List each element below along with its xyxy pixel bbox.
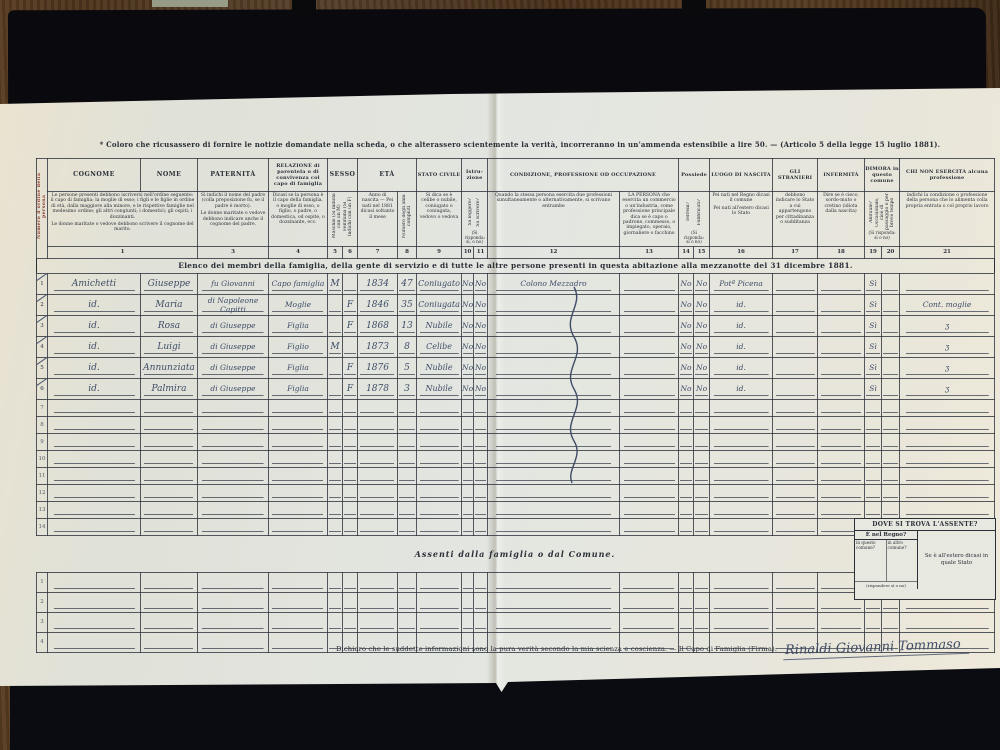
row-number: 12 (37, 484, 48, 501)
empty-row: 3 (37, 612, 995, 632)
declaration-text: Dichiaro che le suddette informazioni so… (336, 645, 777, 653)
entry-nascita: Potª Picena (710, 273, 773, 294)
entry-cognome: Amichetti (48, 273, 141, 294)
desc-relazione: Dicasi se la persona è il capo della fam… (269, 192, 328, 247)
row-number: 3 (37, 612, 48, 632)
desc-condizione-13: LA PERSONA che esercita un commercio o u… (620, 192, 679, 247)
person-row: 5id.Annunziatadi GiuseppeFigliaF18765Nub… (37, 357, 995, 378)
photo-of-census-sheet: * Coloro che ricusassero di fornire le n… (0, 0, 1000, 750)
header-person-number: Numero d'ordine della persona (37, 159, 48, 259)
row-number: 2 (37, 592, 48, 612)
desc-anno-nascita: Anno di nascita — Pei nati nel 1881 dica… (358, 192, 398, 247)
desc-luogo-nascita: Pei nati nel Regno dicasi il comune Pei … (710, 192, 773, 247)
desc-anni-compiuti: Numero degli anni compiuti (398, 192, 417, 247)
table-edge-sliver (152, 0, 228, 7)
header-luogo-nascita: LUOGO DI NASCITA (710, 159, 773, 192)
label-maschio: Maschio (Si indichi con un M) (332, 193, 342, 239)
entry-relazione: Capo famiglia (269, 273, 328, 294)
header-dimora: DIMORA in questo comune (865, 159, 900, 192)
head-of-family-signature: Rinaldi Giovanni Tommaso (783, 637, 969, 660)
header-stranieri: GLI STRANIERI (773, 159, 818, 192)
header-sesso: SESSO (328, 159, 358, 192)
header-paternita: PATERNITÀ (198, 159, 269, 192)
header-number-row: 1 3 4 5 6 7 8 9 10 11 12 13 14 15 (37, 246, 995, 258)
assenti-title: Assenti dalla famiglia o dal Comune. (415, 549, 616, 559)
header-possiede: Possiede (679, 159, 710, 192)
empty-row: 8 (37, 416, 995, 433)
assenti-band: Assenti dalla famiglia o dal Comune. (36, 536, 994, 572)
desc-dimora: Abituale? Occasionale, cioè di passaggio… (865, 192, 900, 247)
desc-stranieri: debbono indicare lo Stato a cui apparten… (773, 192, 818, 247)
desc-chi-non-esercita: indichi la condizione o professione dell… (900, 192, 995, 247)
family-members-rows: 1AmichettiGiuseppefu GiovanniCapo famigl… (37, 273, 995, 535)
header-infermita: INFERMITÀ (818, 159, 865, 192)
entry-professione: Colono Mezzadro (488, 273, 620, 294)
empty-row: 14 (37, 518, 995, 535)
row-number: 7 (37, 399, 48, 416)
entry-paternita: fu Giovanni (198, 273, 269, 294)
header-stato-civile: STATO CIVILE (417, 159, 462, 192)
desc-istruzione: Sa leggere? Sa scrivere? (Si risponda: s… (462, 192, 488, 247)
label-sa-leggere: Sa leggere? (468, 198, 473, 226)
declaration-line: Dichiaro che le suddette informazioni so… (336, 640, 996, 657)
census-table-area: Numero d'ordine della persona COGNOME NO… (36, 158, 994, 653)
row-number: 1 (37, 572, 48, 592)
desc-cognome-nome: Le persone presenti debbono iscriversi n… (48, 192, 198, 247)
desc-possiede: Terreni? Fabbricati? (Si risponda: sì o … (679, 192, 710, 247)
header-desc-row: Le persone presenti debbono iscriversi n… (37, 192, 995, 247)
header-chi-non-esercita: CHI NON ESERCITA alcuna professione (900, 159, 995, 192)
empty-row: 1 (37, 572, 995, 592)
empty-row: 11 (37, 467, 995, 484)
row-number: 8 (37, 416, 48, 433)
row-number: 9 (37, 433, 48, 450)
label-terreni: Terreni? (686, 202, 691, 221)
empty-row: 2 (37, 592, 995, 612)
empty-row: 13 (37, 501, 995, 518)
penalty-note: * Coloro che ricusassero di fornire le n… (60, 140, 980, 149)
header-eta: ETÀ (358, 159, 417, 192)
label-occasionale: Occasionale, cioè di passaggio o per bre… (875, 193, 895, 231)
person-row: 6id.Palmiradi GiuseppeFigliaF18783Nubile… (37, 378, 995, 399)
header-nome: NOME (141, 159, 198, 192)
header-istruzione: Istru-zione (462, 159, 488, 192)
caption-row: Elenco dei membri della famiglia, della … (37, 258, 995, 273)
label-fabbricati: Fabbricati? (697, 199, 702, 225)
entry-nome: Giuseppe (141, 273, 198, 294)
person-row: 2id.Mariadi Napoleone CapittiMoglieF1846… (37, 294, 995, 315)
folder-tab (682, 0, 706, 18)
row-number: 10 (37, 450, 48, 467)
label-femmina: Femmina (Si indichi con un F) (343, 193, 353, 239)
desc-stato-civile: Si dica se è celibe o nubile, coniugato … (417, 192, 462, 247)
dove-si-trova-assente-box: DOVE SI TROVA L'ASSENTE? È nel Regno? in… (854, 518, 996, 600)
row-number: 13 (37, 501, 48, 518)
person-row: 1AmichettiGiuseppefu GiovanniCapo famigl… (37, 273, 995, 294)
folder-tab (292, 0, 316, 18)
census-table: Numero d'ordine della persona COGNOME NO… (36, 158, 995, 536)
header-condizione: CONDIZIONE, PROFESSIONE OD OCCUPAZIONE (488, 159, 679, 192)
empty-row: 9 (37, 433, 995, 450)
header-label-row: Numero d'ordine della persona COGNOME NO… (37, 159, 995, 192)
header-cognome: COGNOME (48, 159, 141, 192)
empty-row: 7 (37, 399, 995, 416)
label-abituale: Abituale? (869, 201, 874, 223)
empty-row: 10 (37, 450, 995, 467)
desc-condizione-12: Quando la stessa persona esercita due pr… (488, 192, 620, 247)
desc-infermita: Dire se è cieco, sordo-muto o cretino (i… (818, 192, 865, 247)
empty-row: 12 (37, 484, 995, 501)
row-number: 4 (37, 632, 48, 652)
desc-sesso: Maschio (Si indichi con un M) Femmina (S… (328, 192, 358, 247)
label-sa-scrivere: Sa scrivere? (476, 198, 481, 227)
person-row: 4id.Luigidi GiuseppeFiglioM18738CelibeNo… (37, 336, 995, 357)
person-row: 3id.Rosadi GiuseppeFigliaF186813NubileNo… (37, 315, 995, 336)
row-number: 14 (37, 518, 48, 535)
census-sheet-paper: * Coloro che ricusassero di fornire le n… (0, 88, 1000, 698)
desc-paternita: Si indichi il nome del padre (colla prep… (198, 192, 269, 247)
header-relazione: RELAZIONE di parentela o di convivenza c… (269, 159, 328, 192)
row-number: 11 (37, 467, 48, 484)
table-caption: Elenco dei membri della famiglia, della … (37, 258, 995, 273)
